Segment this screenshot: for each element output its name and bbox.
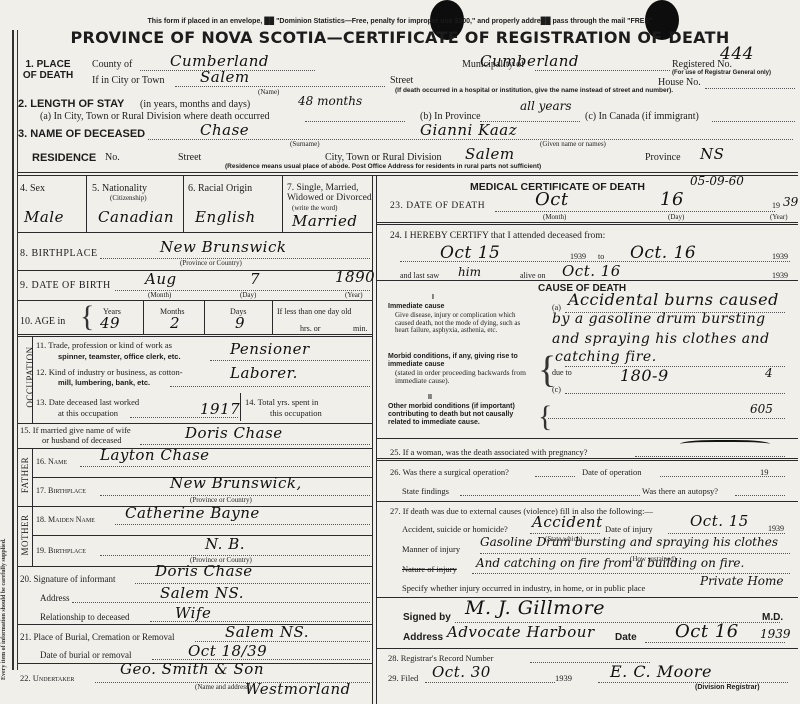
mailing-notice: This form if placed in an envelope, ██ "… [0, 18, 800, 25]
undertaker-address-value: Westmorland [245, 680, 351, 698]
dob-day-value: 7 [250, 270, 260, 288]
physician-signature: M. J. Gillmore [465, 597, 605, 619]
injury-place-value: Private Home [700, 574, 784, 588]
attended-from-value: Oct 15 [440, 243, 500, 263]
filed-year-value: 1939 [555, 673, 572, 683]
father-name-value: Layton Chase [100, 446, 210, 464]
nationality-value: Canadian [98, 208, 174, 226]
dob-month-value: Aug [145, 270, 177, 288]
stay-province-value: all years [520, 99, 572, 113]
occupation-side-label: OCCUPATION [25, 337, 35, 417]
racial-origin-value: English [195, 208, 256, 226]
column-divider [372, 176, 373, 704]
dob-year-value: 1890 [335, 268, 375, 286]
accident-value: Accident [532, 513, 603, 531]
street-label: Street [390, 75, 413, 86]
county-label: County of [92, 59, 132, 70]
nature-of-injury-value: And catching on fire from a building on … [476, 556, 744, 570]
margin-note-2: 605 [750, 402, 773, 416]
sex-value: Male [24, 208, 64, 226]
signature-year-value: 1939 [760, 627, 791, 641]
attended-to-year: 1939 [772, 252, 788, 261]
burial-place-value: Salem NS. [225, 623, 309, 641]
given-names-value: Gianni Kaaz [420, 121, 517, 139]
burial-date-value: Oct 18/39 [188, 642, 267, 660]
spouse-value: Doris Chase [185, 424, 283, 442]
length-of-stay-label: 2. LENGTH OF STAY [18, 98, 124, 110]
municipality-value: Cumberland [480, 52, 579, 70]
place-of-death-label: 1. PLACE OF DEATH [18, 59, 78, 81]
mother-birthplace-value: N. B. [205, 535, 245, 553]
surname-value: Chase [200, 121, 249, 139]
age-months-value: 2 [170, 314, 180, 332]
document-title: PROVINCE OF NOVA SCOTIA—CERTIFICATE OF R… [0, 28, 800, 47]
cause-line-1: Accidental burns caused [568, 290, 779, 309]
residence-province-value: NS [700, 145, 724, 163]
marital-status-value: Married [292, 212, 357, 230]
manner-of-injury-value: Gasoline Drum bursting and spraying his … [480, 535, 778, 549]
cause-line-4: catching fire. [555, 349, 657, 365]
mother-side-label: MOTHER [20, 505, 30, 565]
name-of-deceased-label: 3. NAME OF DECEASED [18, 128, 145, 140]
alive-on-value: Oct. 16 [562, 262, 621, 280]
mother-maiden-name-value: Catherine Bayne [125, 504, 260, 522]
pregnancy-strikeout [680, 440, 770, 450]
death-month-value: Oct [535, 189, 569, 210]
injury-date-value: Oct. 15 [690, 512, 749, 530]
city-label: If in City or Town [92, 75, 164, 86]
cause-code-value: 180-9 [620, 366, 669, 385]
city-value: Salem [200, 68, 250, 86]
relationship-value: Wife [175, 604, 211, 622]
age-years-value: 49 [100, 314, 120, 332]
trade-value: Pensioner [230, 340, 310, 358]
stamp-value: 05-09-60 [690, 174, 744, 188]
hospital-note: (If death occurred in a hospital or inst… [395, 87, 673, 94]
father-birthplace-value: New Brunswick, [170, 474, 302, 492]
physician-address-value: Advocate Harbour [447, 623, 595, 641]
division-registrar-signature: E. C. Moore [610, 662, 712, 681]
informant-signature-value: Doris Chase [155, 562, 253, 580]
stay-city-value: 48 months [298, 94, 362, 108]
father-side-label: FATHER [20, 445, 30, 505]
last-saw-pronoun: him [458, 265, 481, 279]
undertaker-value: Geo. Smith & Son [120, 660, 264, 678]
industry-value: Laborer. [230, 364, 298, 382]
death-year-value: 39 [783, 195, 798, 209]
residence-city-value: Salem [465, 145, 515, 163]
filed-date-value: Oct. 30 [432, 663, 491, 681]
attended-from-year: 1939 [570, 252, 586, 261]
registered-no-value: 444 [720, 44, 754, 64]
death-day-value: 16 [660, 189, 684, 210]
signature-date-value: Oct 16 [675, 621, 739, 642]
informant-address-value: Salem NS. [160, 584, 244, 602]
alive-on-year: 1939 [772, 271, 788, 280]
birthplace-value: New Brunswick [160, 238, 286, 256]
attended-to-value: Oct. 16 [630, 243, 696, 263]
last-worked-value: 1917 [200, 400, 240, 418]
cause-line-3: and spraying his clothes and [552, 331, 770, 347]
injury-year-value: 1939 [768, 524, 784, 533]
cause-line-2: by a gasoline drum bursting [552, 311, 766, 327]
age-days-value: 9 [235, 314, 245, 332]
margin-note-1: 4 [765, 366, 773, 380]
death-certificate: Every item of information should be care… [0, 0, 800, 704]
left-margin-rule [12, 30, 18, 670]
margin-instructions: Every item of information should be care… [1, 260, 11, 680]
residence-label: RESIDENCE [32, 152, 96, 164]
